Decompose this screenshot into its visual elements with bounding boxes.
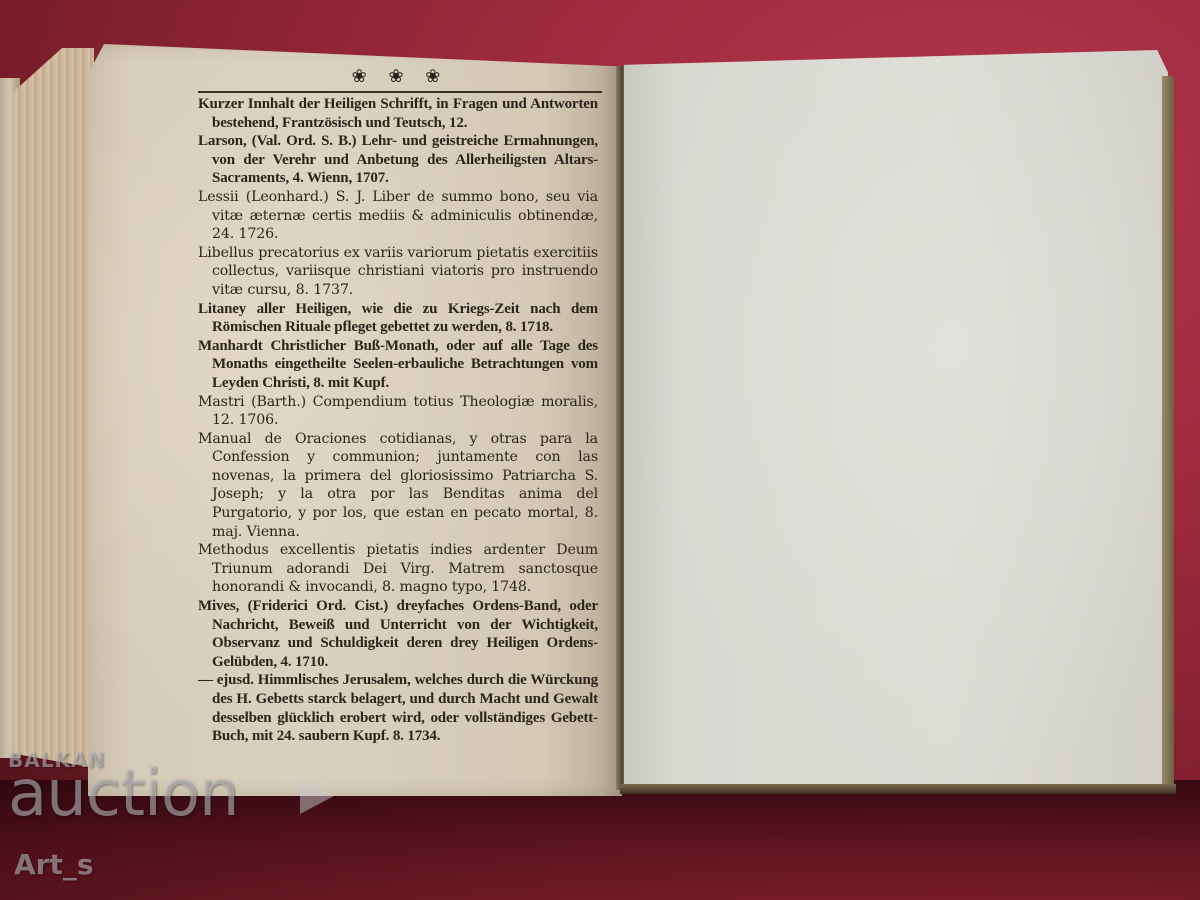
- catalog-entry: Manual de Oraciones cotidianas, y otras …: [198, 430, 598, 542]
- catalog-entry: Methodus excellentis pietatis indies ard…: [198, 541, 598, 597]
- watermark-user: Art_s: [14, 848, 94, 881]
- catalog-entry: Litaney aller Heiligen, wie die zu Krieg…: [198, 300, 598, 337]
- page-stack-left: [14, 48, 94, 768]
- header-rule: [198, 91, 602, 93]
- catalog-entry: Lessii (Leonhard.) S. J. Liber de summo …: [198, 188, 598, 244]
- left-page-text: ❀ ❀ ❀ Kurzer Innhalt der Heiligen Schrif…: [198, 66, 598, 746]
- book-bottom-edge: [620, 784, 1176, 794]
- catalog-entry: Larson, (Val. Ord. S. B.) Lehr- und geis…: [198, 132, 598, 188]
- ornament-icon: ❀ ❀ ❀: [202, 66, 598, 87]
- catalog-entry: Manhardt Christlicher Buß-Monath, oder a…: [198, 337, 598, 393]
- play-arrow-icon: [300, 778, 334, 814]
- catalog-entry: Libellus precatorius ex variis variorum …: [198, 244, 598, 300]
- right-page-blank: [624, 50, 1168, 792]
- catalog-entry: Mives, (Friderici Ord. Cist.) dreyfaches…: [198, 597, 598, 671]
- catalog-entry: Mastri (Barth.) Compendium totius Theolo…: [198, 393, 598, 430]
- catalog-entry: — ejusd. Himmlisches Jerusalem, welches …: [198, 671, 598, 745]
- catalog-entry: Kurzer Innhalt der Heiligen Schrifft, in…: [198, 95, 598, 132]
- watermark: BALKAN auction Art_s: [8, 748, 105, 772]
- book-cover-right-edge: [1162, 76, 1174, 786]
- watermark-brand-main: auction: [8, 762, 239, 826]
